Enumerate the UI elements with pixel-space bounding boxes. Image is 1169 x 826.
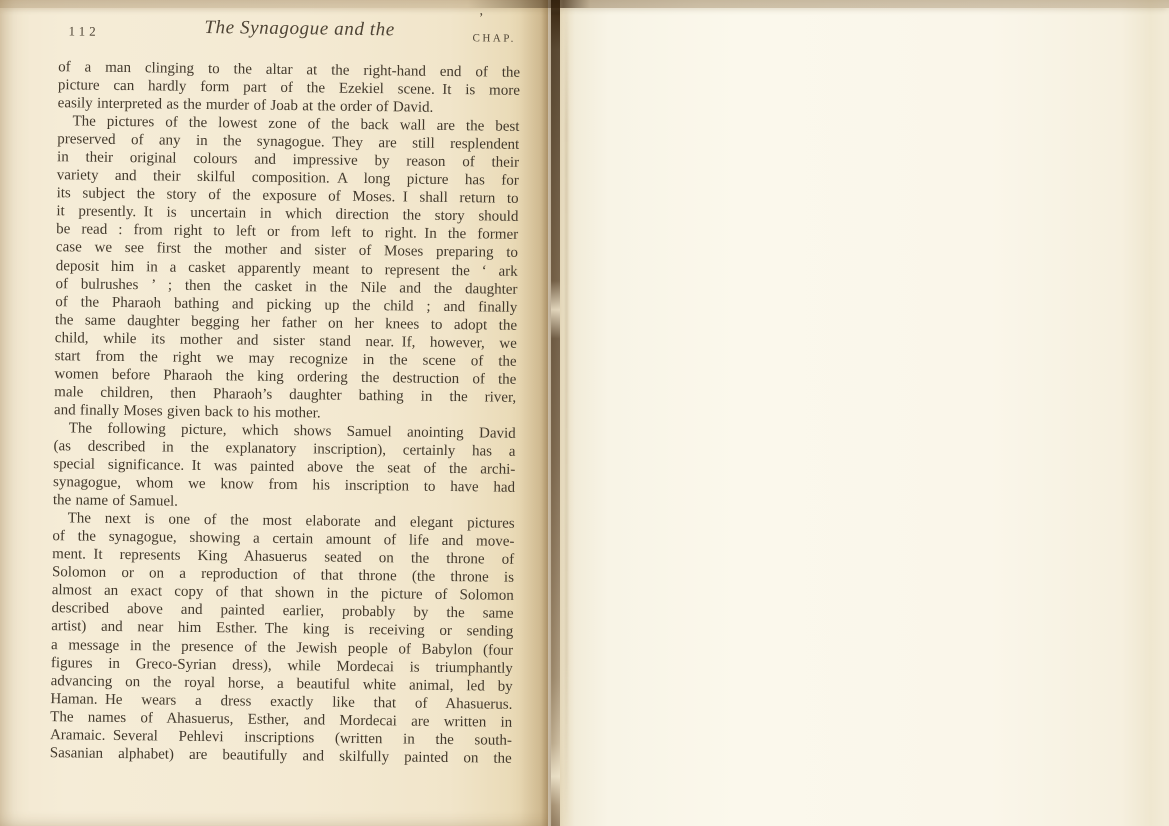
book-scan: 112 The Synagogue and the ’ CHAP. of a m… bbox=[0, 0, 1169, 826]
photo-top-edge bbox=[0, 0, 1169, 8]
page-number: 112 bbox=[69, 23, 100, 39]
chapter-label: CHAP. bbox=[472, 32, 516, 45]
right-blank-page bbox=[560, 0, 1169, 826]
page-crease bbox=[565, 0, 568, 826]
running-title: The Synagogue and the bbox=[155, 16, 445, 42]
stray-ink-mark: ’ bbox=[479, 11, 484, 27]
left-page-content: 112 The Synagogue and the ’ CHAP. of a m… bbox=[0, 0, 553, 826]
left-page: 112 The Synagogue and the ’ CHAP. of a m… bbox=[0, 0, 548, 826]
body-text: of a man clinging to the altar at the ri… bbox=[50, 58, 521, 767]
